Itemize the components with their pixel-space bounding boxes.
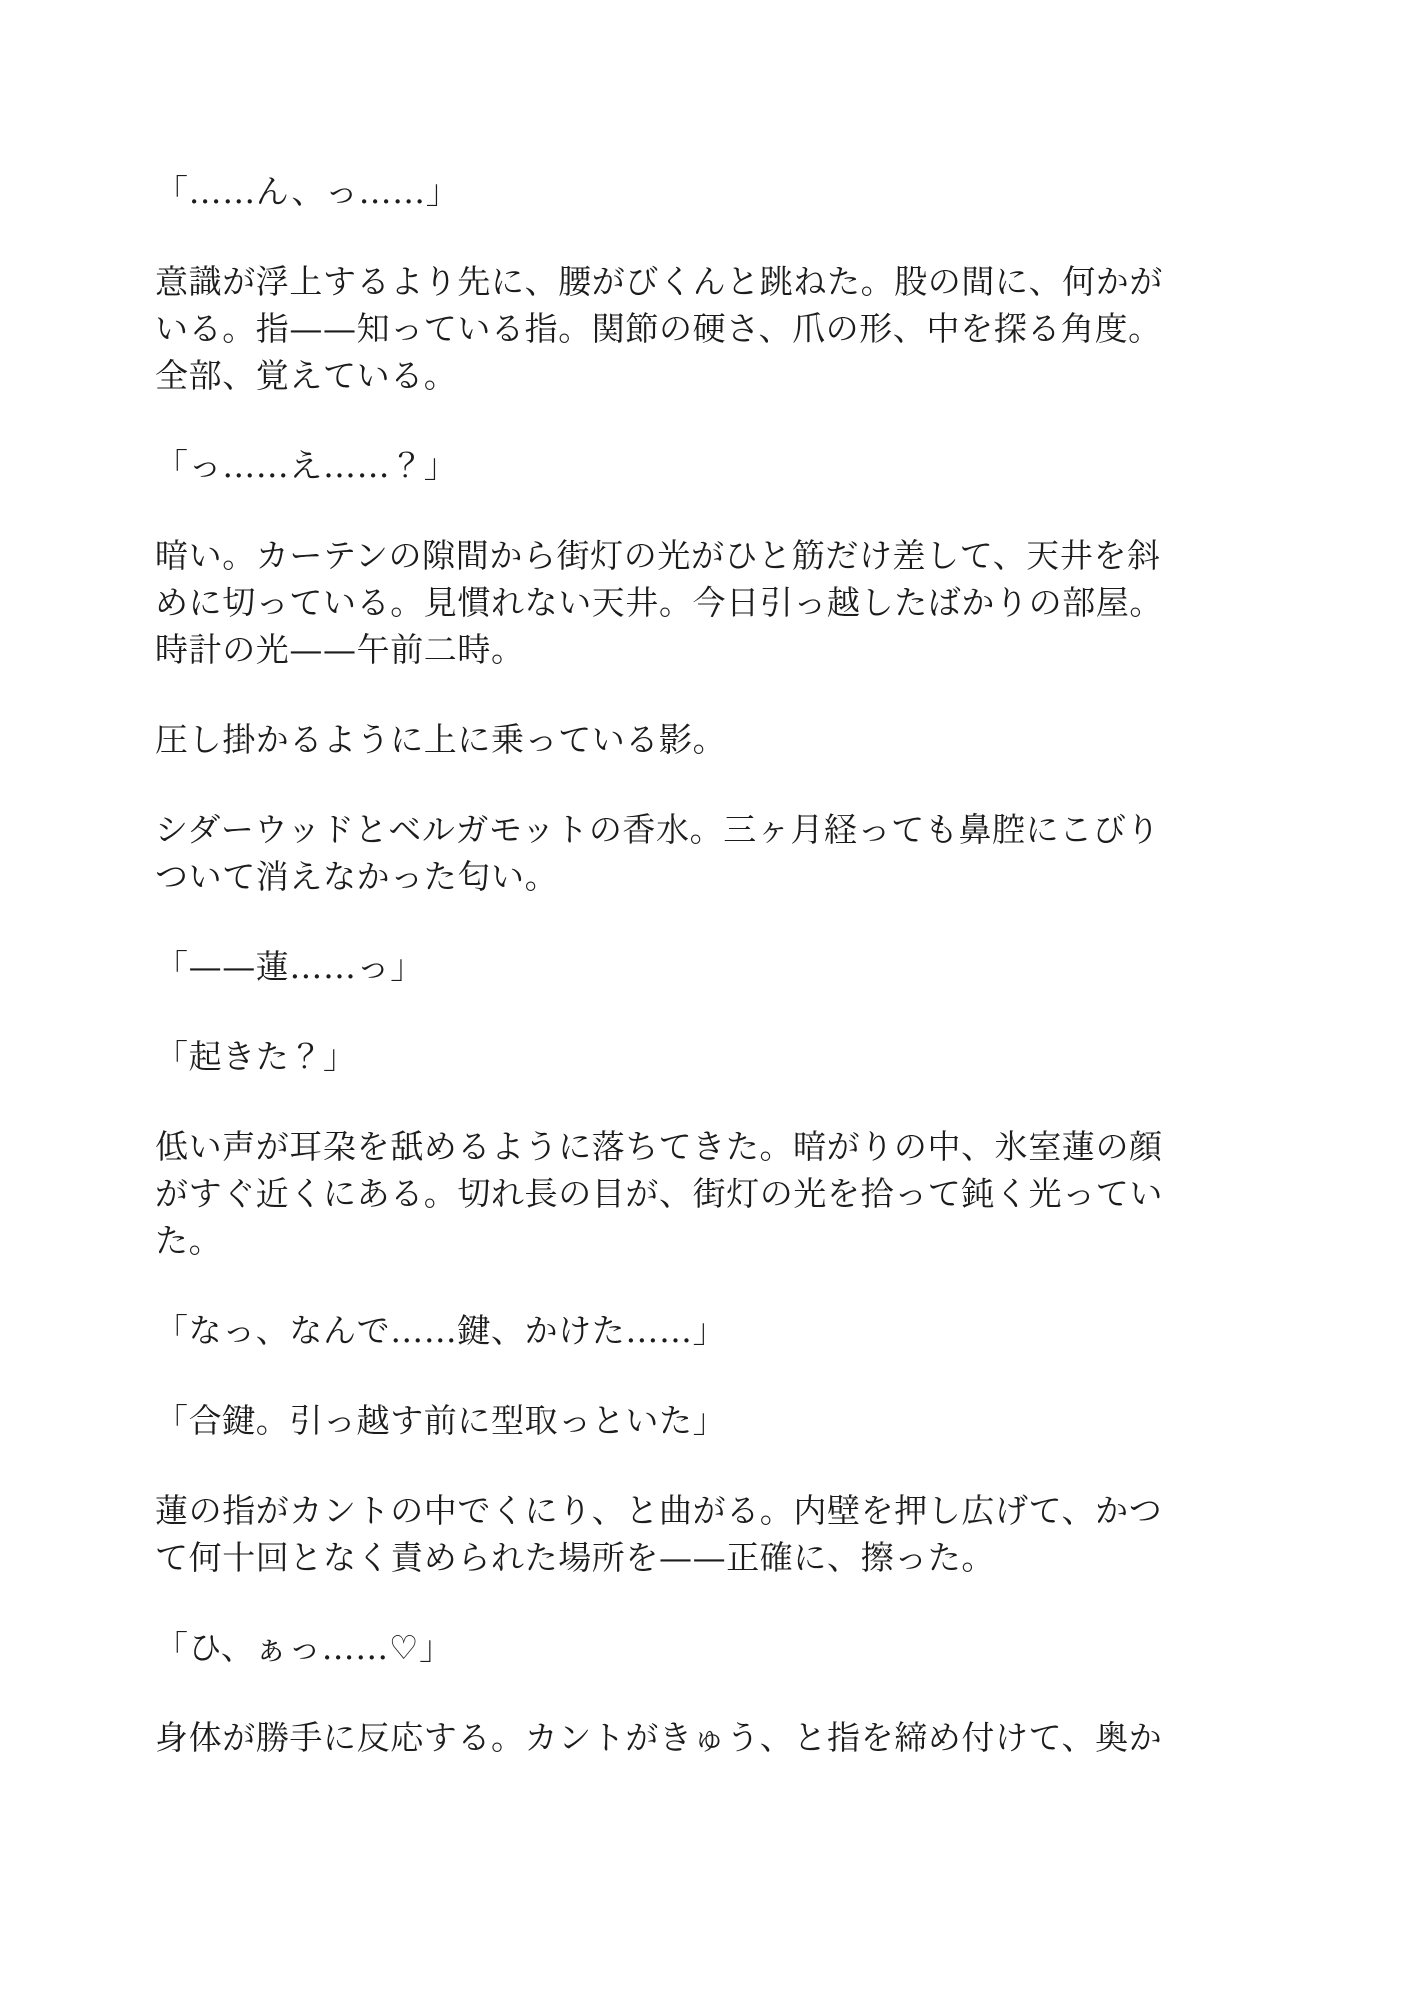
text-line: 「……ん、っ……」	[155, 168, 1175, 215]
narration-paragraph: 暗い。カーテンの隙間から街灯の光がひと筋だけ差して、天井を斜めに切っている。見慣…	[155, 532, 1175, 673]
text-line: 低い声が耳朶を舐めるように落ちてきた。暗がりの中、氷室蓮の顔	[155, 1123, 1175, 1170]
text-line: がすぐ近くにある。切れ長の目が、街灯の光を拾って鈍く光ってい	[155, 1170, 1175, 1217]
text-line: 「——蓮……っ」	[155, 943, 1175, 990]
text-line: 「っ……え……？」	[155, 442, 1175, 489]
narration-paragraph: 蓮の指がカントの中でくにり、と曲がる。内壁を押し広げて、かつて何十回となく責めら…	[155, 1487, 1175, 1581]
text-line: て何十回となく責められた場所を——正確に、擦った。	[155, 1534, 1175, 1581]
narration-paragraph: 圧し掛かるように上に乗っている影。	[155, 716, 1175, 763]
text-line: た。	[155, 1217, 1175, 1264]
dialogue-paragraph: 「合鍵。引っ越す前に型取っといた」	[155, 1397, 1175, 1444]
text-line: シダーウッドとベルガモットの香水。三ヶ月経っても鼻腔にこびり	[155, 806, 1175, 853]
text-line: 圧し掛かるように上に乗っている影。	[155, 716, 1175, 763]
document-page: 「……ん、っ……」意識が浮上するより先に、腰がびくんと跳ねた。股の間に、何かがい…	[0, 0, 1415, 2000]
narration-paragraph: 意識が浮上するより先に、腰がびくんと跳ねた。股の間に、何かがいる。指——知ってい…	[155, 258, 1175, 399]
dialogue-paragraph: 「っ……え……？」	[155, 442, 1175, 489]
text-line: 「合鍵。引っ越す前に型取っといた」	[155, 1397, 1175, 1444]
narration-paragraph: シダーウッドとベルガモットの香水。三ヶ月経っても鼻腔にこびりついて消えなかった匂…	[155, 806, 1175, 900]
dialogue-paragraph: 「なっ、なんで……鍵、かけた……」	[155, 1307, 1175, 1354]
text-line: 「なっ、なんで……鍵、かけた……」	[155, 1307, 1175, 1354]
text-line: いる。指——知っている指。関節の硬さ、爪の形、中を探る角度。	[155, 305, 1175, 352]
dialogue-paragraph: 「……ん、っ……」	[155, 168, 1175, 215]
text-line: 身体が勝手に反応する。カントがきゅう、と指を締め付けて、奥か	[155, 1714, 1175, 1761]
dialogue-paragraph: 「起きた？」	[155, 1033, 1175, 1080]
text-line: 全部、覚えている。	[155, 352, 1175, 399]
text-line: 意識が浮上するより先に、腰がびくんと跳ねた。股の間に、何かが	[155, 258, 1175, 305]
narration-paragraph: 身体が勝手に反応する。カントがきゅう、と指を締め付けて、奥か	[155, 1714, 1175, 1761]
text-line: 「ひ、ぁっ……♡」	[155, 1624, 1175, 1671]
text-line: ついて消えなかった匂い。	[155, 853, 1175, 900]
dialogue-paragraph: 「——蓮……っ」	[155, 943, 1175, 990]
narration-paragraph: 低い声が耳朶を舐めるように落ちてきた。暗がりの中、氷室蓮の顔がすぐ近くにある。切…	[155, 1123, 1175, 1264]
text-line: 時計の光——午前二時。	[155, 626, 1175, 673]
page-text: 「……ん、っ……」意識が浮上するより先に、腰がびくんと跳ねた。股の間に、何かがい…	[155, 168, 1175, 1761]
text-line: 暗い。カーテンの隙間から街灯の光がひと筋だけ差して、天井を斜	[155, 532, 1175, 579]
text-line: 「起きた？」	[155, 1033, 1175, 1080]
dialogue-paragraph: 「ひ、ぁっ……♡」	[155, 1624, 1175, 1671]
text-line: 蓮の指がカントの中でくにり、と曲がる。内壁を押し広げて、かつ	[155, 1487, 1175, 1534]
text-line: めに切っている。見慣れない天井。今日引っ越したばかりの部屋。	[155, 579, 1175, 626]
